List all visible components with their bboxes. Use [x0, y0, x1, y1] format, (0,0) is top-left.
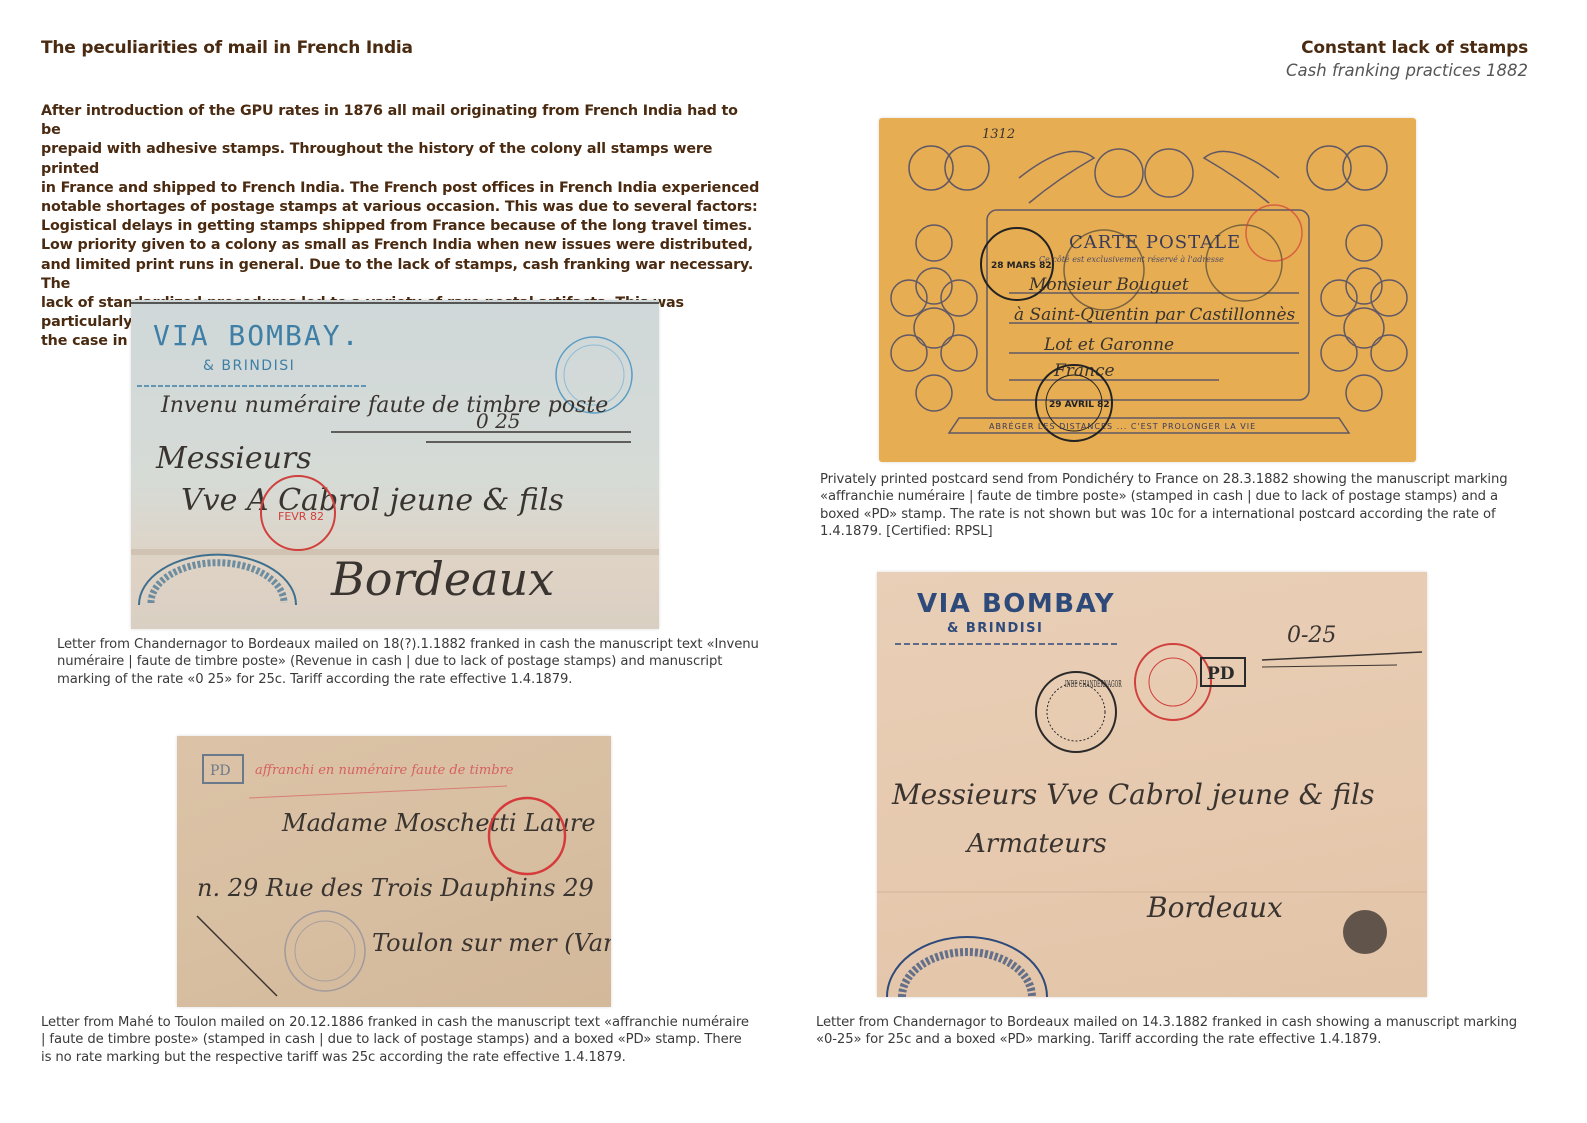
caption-line: Letter from Mahé to Toulon mailed on 20.…: [41, 1014, 766, 1031]
svg-text:INDE CHANDERNAGOR: INDE CHANDERNAGOR: [1065, 678, 1122, 689]
intro-line: in France and shipped to French India. T…: [41, 179, 761, 198]
caption-line: 1.4.1879. [Certified: RPSL]: [820, 523, 1530, 540]
intro-line: prepaid with adhesive stamps. Throughout…: [41, 140, 761, 178]
caption-pondichery-postcard: Privately printed postcard send from Pon…: [820, 471, 1530, 541]
caption-line: Letter from Chandernagor to Bordeaux mai…: [57, 636, 767, 653]
svg-text:29 AVRIL 82: 29 AVRIL 82: [1049, 400, 1110, 410]
intro-line: and limited print runs in general. Due t…: [41, 256, 761, 294]
caption-line: numéraire | faute de timbre poste» (Reve…: [57, 653, 767, 670]
svg-text:& BRINDISI: & BRINDISI: [203, 358, 295, 374]
svg-text:0 25: 0 25: [476, 409, 521, 433]
intro-line: Low priority given to a colony as small …: [41, 236, 761, 255]
svg-text:à Saint-Quentin par Castillonn: à Saint-Quentin par Castillonnès: [1014, 305, 1296, 325]
svg-text:Bordeaux: Bordeaux: [330, 552, 554, 606]
caption-chandernagor-feb: Letter from Chandernagor to Bordeaux mai…: [57, 636, 767, 688]
caption-line: Privately printed postcard send from Pon…: [820, 471, 1530, 488]
svg-text:1312: 1312: [982, 127, 1015, 142]
intro-line: Logistical delays in getting stamps ship…: [41, 217, 761, 236]
postcard-image-pondichery: 1312 CARTE POSTALE Ce côté est exclusive…: [879, 118, 1416, 462]
svg-text:FEVR 82: FEVR 82: [278, 510, 324, 523]
caption-line: Letter from Chandernagor to Bordeaux mai…: [816, 1014, 1536, 1031]
svg-text:VIA BOMBAY: VIA BOMBAY: [917, 589, 1115, 619]
page-title: The peculiarities of mail in French Indi…: [41, 38, 413, 58]
svg-text:Armateurs: Armateurs: [965, 829, 1107, 859]
svg-text:affranchi en numéraire faute d: affranchi en numéraire faute de timbre: [255, 763, 514, 778]
svg-text:Madame Moschetti Laure: Madame Moschetti Laure: [281, 809, 596, 837]
intro-line: After introduction of the GPU rates in 1…: [41, 102, 761, 140]
svg-text:n. 29 Rue des Trois Dauphins 2: n. 29 Rue des Trois Dauphins 29: [197, 874, 594, 902]
svg-text:CARTE POSTALE: CARTE POSTALE: [1069, 232, 1241, 253]
caption-line: boxed «PD» stamp. The rate is not shown …: [820, 506, 1530, 523]
cover-image-mahe: PD affranchi en numéraire faute de timbr…: [177, 736, 611, 1007]
svg-text:Vve A Cabrol jeune & fils: Vve A Cabrol jeune & fils: [181, 483, 564, 518]
caption-chandernagor-mar: Letter from Chandernagor to Bordeaux mai…: [816, 1014, 1536, 1049]
section-title: Constant lack of stamps: [1301, 38, 1528, 58]
svg-text:Invenu numéraire faute de timb: Invenu numéraire faute de timbre poste: [160, 393, 608, 418]
svg-text:Messieurs: Messieurs: [155, 441, 312, 476]
svg-text:PD: PD: [1207, 664, 1235, 684]
svg-text:ABRÉGER LES DISTANCES ... C'ES: ABRÉGER LES DISTANCES ... C'EST PROLONGE…: [989, 420, 1256, 431]
intro-line: notable shortages of postage stamps at v…: [41, 198, 761, 217]
svg-text:0-25: 0-25: [1287, 623, 1336, 648]
svg-text:Bordeaux: Bordeaux: [1146, 891, 1283, 924]
svg-text:& BRINDISI: & BRINDISI: [947, 621, 1043, 636]
caption-line: «0-25» for 25c and a boxed «PD» marking.…: [816, 1031, 1536, 1048]
svg-text:PD: PD: [210, 763, 231, 779]
svg-text:Monsieur Bouguet: Monsieur Bouguet: [1028, 275, 1189, 295]
svg-text:Lot et Garonne: Lot et Garonne: [1043, 335, 1174, 355]
svg-text:28 MARS 82: 28 MARS 82: [991, 261, 1052, 271]
caption-line: «affranchie numéraire | faute de timbre …: [820, 488, 1530, 505]
cover-image-chandernagor-mar: VIA BOMBAY & BRINDISI 0-25 INDE CHANDERN…: [877, 572, 1427, 997]
svg-text:VIA BOMBAY.: VIA BOMBAY.: [153, 319, 360, 352]
cover-image-chandernagor-feb: VIA BOMBAY. & BRINDISI Invenu numéraire …: [131, 300, 659, 629]
svg-text:Messieurs Vve Cabrol jeune & f: Messieurs Vve Cabrol jeune & fils: [891, 778, 1374, 811]
svg-text:Toulon sur mer (Var): Toulon sur mer (Var): [372, 929, 611, 957]
section-subtitle: Cash franking practices 1882: [1286, 61, 1528, 80]
caption-mahe: Letter from Mahé to Toulon mailed on 20.…: [41, 1014, 766, 1066]
caption-line: | faute de timbre poste» (stamped in cas…: [41, 1031, 766, 1048]
caption-line: is no rate marking but the respective ta…: [41, 1049, 766, 1066]
caption-line: marking of the rate «0 25» for 25c. Tari…: [57, 671, 767, 688]
